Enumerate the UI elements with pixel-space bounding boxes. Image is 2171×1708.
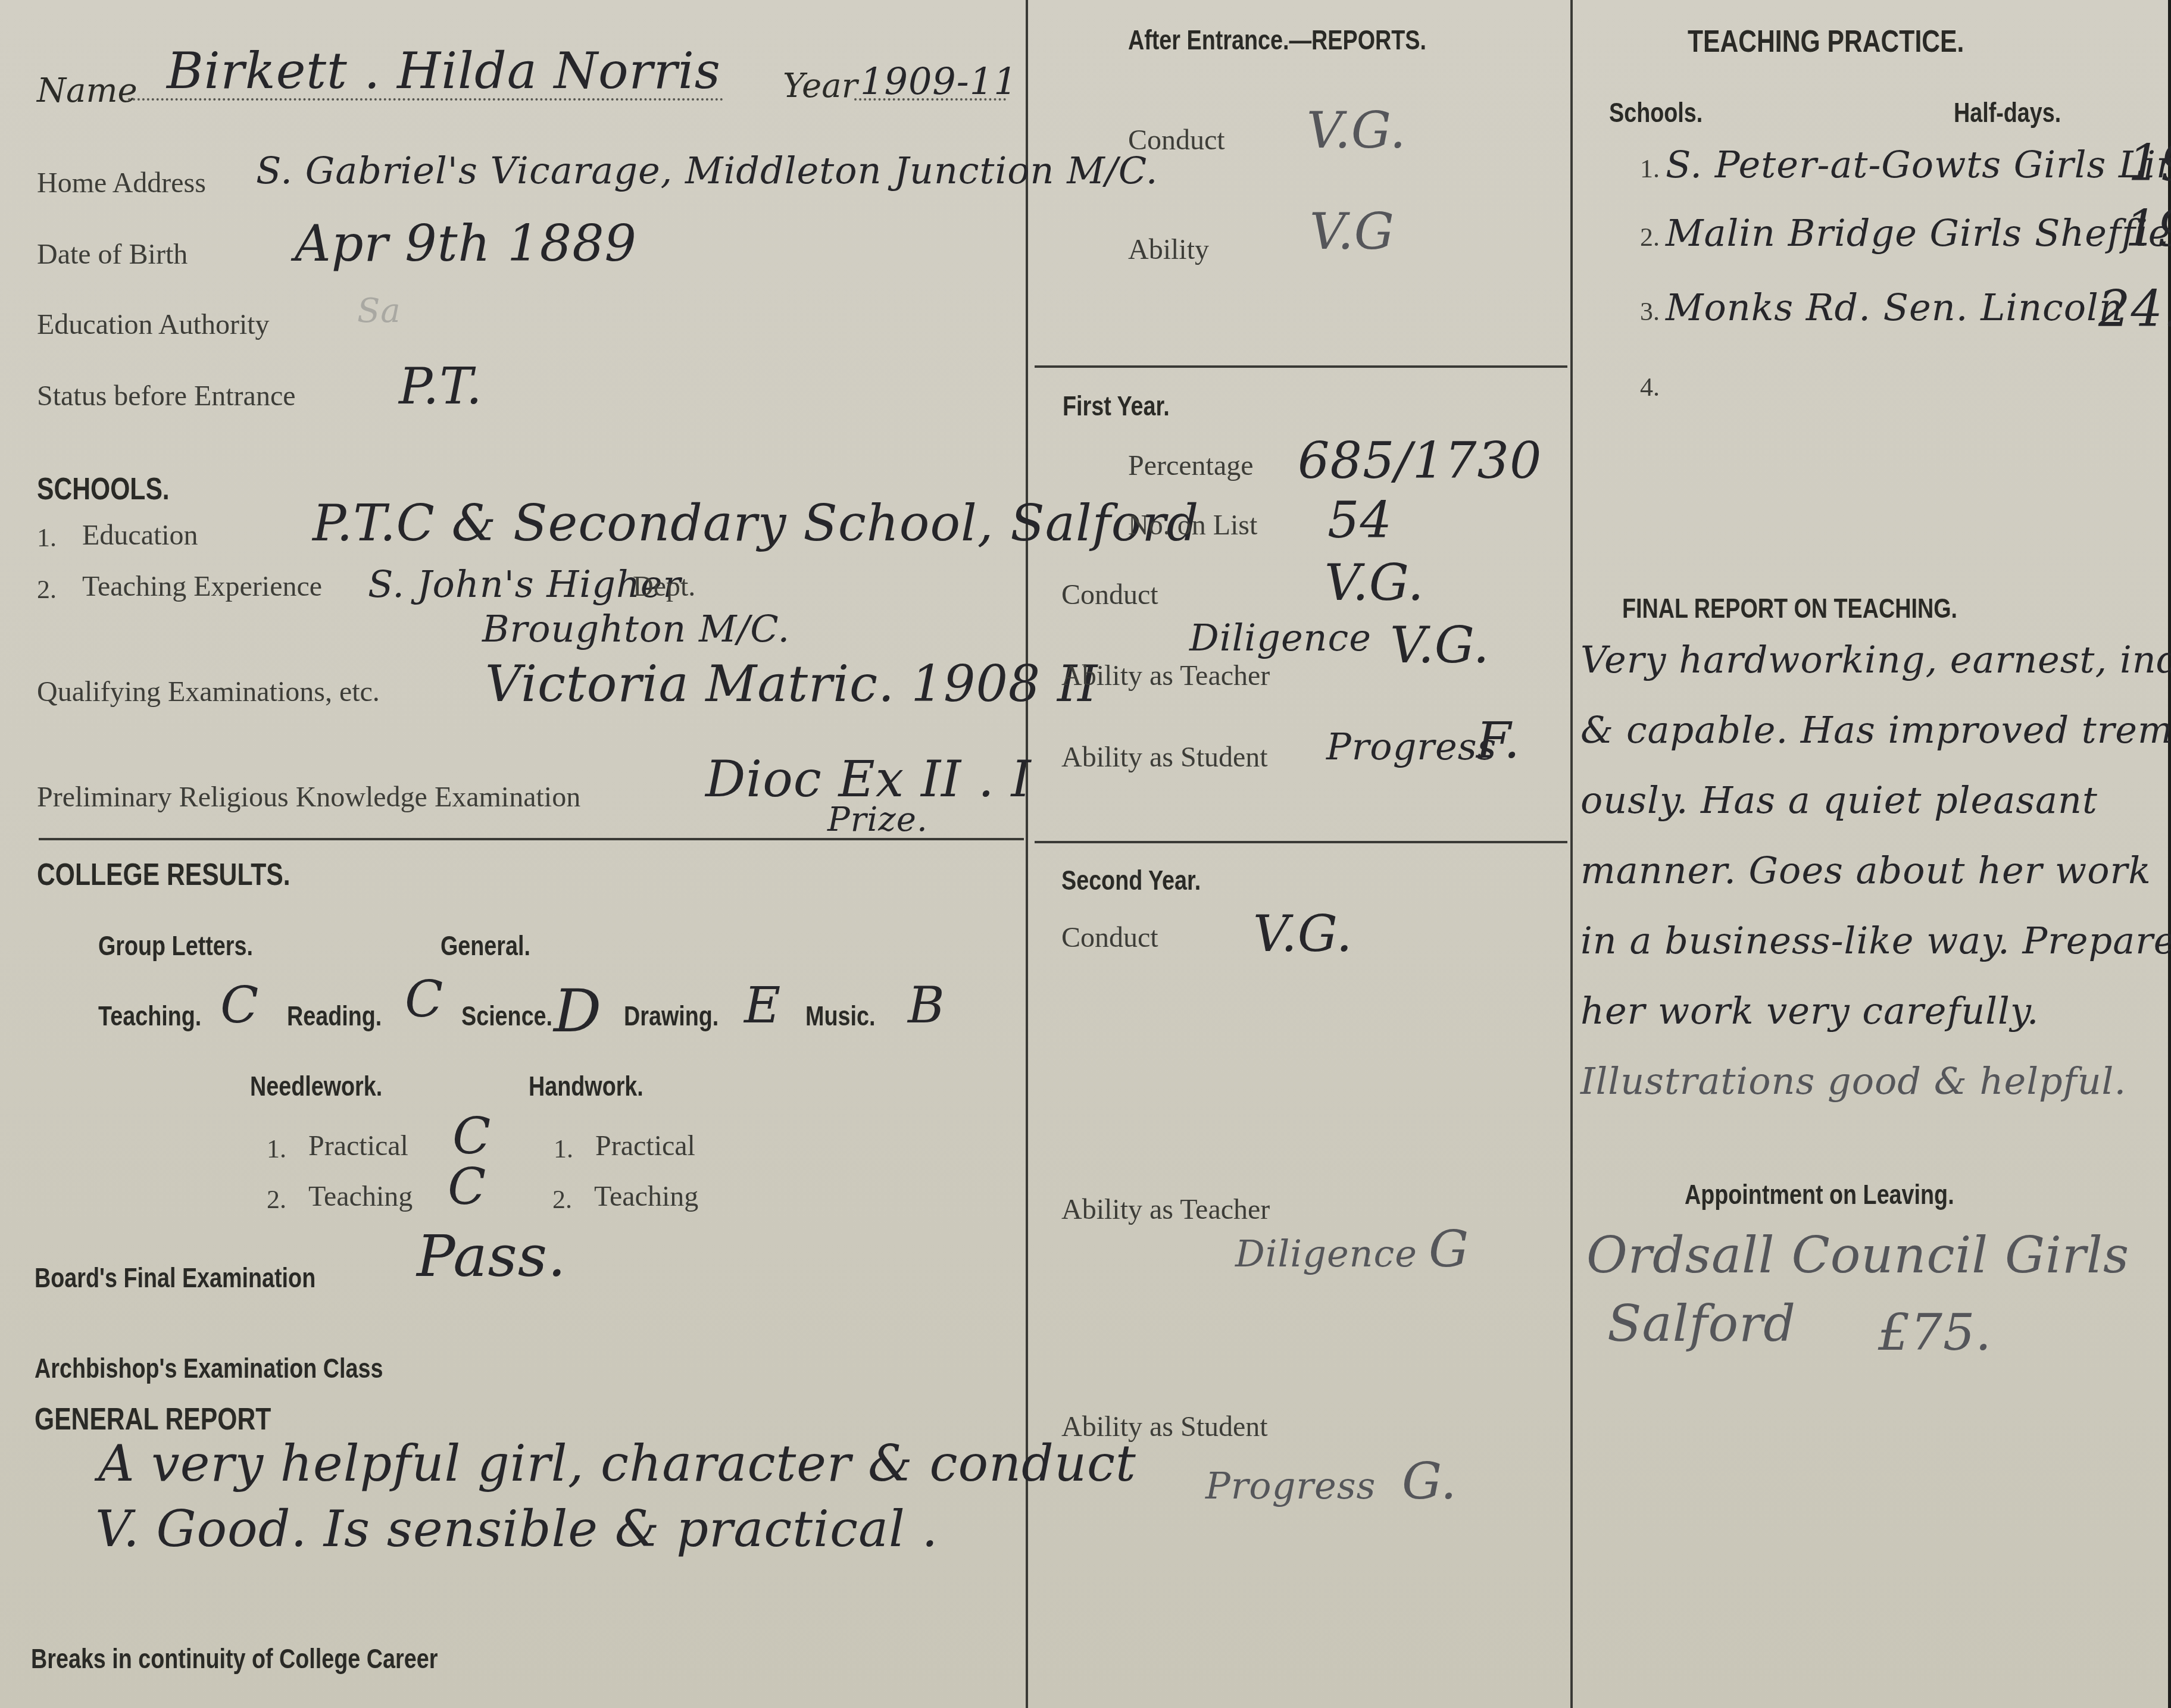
appointment-heading: Appointment on Leaving. bbox=[1685, 1178, 1954, 1210]
grade-science-label: Science. bbox=[461, 1000, 552, 1032]
college-results-heading: COLLEGE RESULTS. bbox=[37, 857, 290, 893]
after-ability-label: Ability bbox=[1128, 233, 1209, 266]
section-divider-mid-1 bbox=[1035, 365, 1567, 368]
practice-num: 3. bbox=[1640, 297, 1660, 326]
teaching-exp-label: Teaching Experience bbox=[82, 570, 322, 603]
dob-label: Date of Birth bbox=[37, 238, 188, 271]
qualifying-value: Victoria Matric. 1908 II bbox=[485, 655, 1098, 713]
second-conduct-value: V.G. bbox=[1253, 905, 1353, 963]
needlework-teaching-value: C bbox=[448, 1158, 486, 1216]
second-ability-student-value: G. bbox=[1402, 1452, 1457, 1510]
general-report-line-1: A very helpful girl, character & conduct bbox=[98, 1434, 1136, 1493]
year-label: Year bbox=[783, 67, 857, 105]
first-ability-student-label: Ability as Student bbox=[1061, 741, 1268, 774]
appointment-line-2: Salford bbox=[1607, 1294, 1796, 1353]
first-ability-teacher-note: Diligence bbox=[1189, 616, 1372, 659]
first-percentage-value: 685/1730 bbox=[1298, 431, 1542, 490]
practice-row-4: 4. bbox=[1640, 372, 1660, 402]
prelim-value: Dioc Ex II . I bbox=[705, 750, 1032, 808]
second-conduct-label: Conduct bbox=[1061, 921, 1158, 954]
teaching-exp-num: 2. bbox=[37, 574, 57, 605]
first-ability-teacher-label: Ability as Teacher bbox=[1061, 659, 1270, 692]
practice-num: 2. bbox=[1640, 223, 1660, 252]
reports-heading: After Entrance.—REPORTS. bbox=[1128, 24, 1426, 56]
needlework-teaching-num: 2. bbox=[267, 1184, 286, 1215]
halfdays-col-label: Half-days. bbox=[1954, 96, 2061, 129]
teaching-exp-dept: Dept. bbox=[633, 570, 695, 603]
grade-music-label: Music. bbox=[805, 1000, 875, 1032]
name-label: Name bbox=[37, 71, 138, 110]
final-report-line: & capable. Has improved tremend- bbox=[1580, 695, 2171, 765]
grade-music-value: B bbox=[908, 976, 945, 1034]
final-report-line: in a business-like way. Prepares bbox=[1580, 906, 2171, 976]
status-label: Status before Entrance bbox=[37, 380, 295, 412]
first-year-heading: First Year. bbox=[1063, 390, 1170, 422]
qualifying-label: Qualifying Examinations, etc. bbox=[37, 675, 380, 708]
record-card: Name Birkett . Hilda Norris Year 1909-11… bbox=[0, 0, 2168, 1708]
practice-school: S. Peter-at-Gowts Girls Lincoln bbox=[1666, 143, 2171, 186]
board-final-value: Pass. bbox=[417, 1223, 567, 1290]
schools-col-label: Schools. bbox=[1609, 96, 1703, 129]
practice-halfdays-3: 24. bbox=[2098, 280, 2171, 338]
practice-num: 4. bbox=[1640, 373, 1660, 402]
practice-row-3: 3. Monks Rd. Sen. Lincoln bbox=[1640, 286, 2123, 329]
general-report-line-2: V. Good. Is sensible & practical . bbox=[95, 1500, 938, 1558]
needlework-practical-num: 1. bbox=[267, 1134, 286, 1164]
handwork-practical-label: Practical bbox=[595, 1130, 695, 1162]
practice-halfdays-1: 19 bbox=[2128, 134, 2171, 192]
after-conduct-label: Conduct bbox=[1128, 124, 1225, 157]
handwork-practical-num: 1. bbox=[554, 1134, 573, 1164]
grade-drawing-label: Drawing. bbox=[624, 1000, 719, 1032]
education-authority-label: Education Authority bbox=[37, 308, 270, 341]
prelim-value-2: Prize. bbox=[827, 800, 928, 839]
handwork-teaching-num: 2. bbox=[552, 1184, 572, 1215]
final-report-line: her work very carefully. bbox=[1580, 976, 2171, 1046]
second-ability-student-note: Progress bbox=[1205, 1464, 1376, 1507]
needlework-teaching-label: Teaching bbox=[308, 1180, 413, 1213]
home-address-value: S. Gabriel's Vicarage, Middleton Junctio… bbox=[256, 149, 1158, 192]
dob-value: Apr 9th 1889 bbox=[295, 214, 637, 273]
archbishop-label: Archbishop's Examination Class bbox=[35, 1352, 383, 1384]
teaching-exp-value-2: Broughton M/C. bbox=[482, 607, 790, 650]
grade-drawing-value: E bbox=[744, 976, 781, 1034]
home-address-label: Home Address bbox=[37, 167, 206, 199]
first-ability-teacher-value: V.G. bbox=[1390, 616, 1490, 674]
teaching-practice-heading: TEACHING PRACTICE. bbox=[1688, 24, 1964, 60]
final-report-line: ously. Has a quiet pleasant bbox=[1580, 765, 2171, 836]
practice-row-2: 2. Malin Bridge Girls Sheffield bbox=[1640, 211, 2171, 255]
final-report-line: Illustrations good & helpful. bbox=[1580, 1046, 2171, 1116]
general-report-heading: GENERAL REPORT bbox=[35, 1402, 271, 1437]
education-label: Education bbox=[82, 519, 198, 552]
first-ability-student-note: Progress bbox=[1326, 725, 1497, 768]
education-num: 1. bbox=[37, 523, 57, 553]
education-value: P.T.C & Secondary School, Salford bbox=[313, 494, 1199, 552]
first-percentage-label: Percentage bbox=[1128, 449, 1254, 482]
name-value: Birkett . Hilda Norris bbox=[167, 42, 721, 100]
needlework-practical-label: Practical bbox=[308, 1130, 408, 1162]
after-conduct-value: V.G. bbox=[1307, 101, 1407, 159]
needlework-label: Needlework. bbox=[250, 1070, 382, 1102]
practice-row-1: 1. S. Peter-at-Gowts Girls Lincoln bbox=[1640, 143, 2171, 186]
grade-teaching-value: C bbox=[220, 976, 259, 1034]
after-ability-value: V.G bbox=[1310, 202, 1395, 261]
handwork-teaching-label: Teaching bbox=[594, 1180, 698, 1213]
practice-school: Malin Bridge Girls Sheffield bbox=[1666, 211, 2171, 255]
first-no-on-list-label: No. on List bbox=[1128, 509, 1257, 542]
status-value: P.T. bbox=[399, 357, 483, 415]
second-ability-teacher-label: Ability as Teacher bbox=[1061, 1193, 1270, 1226]
grade-science-value: D bbox=[554, 976, 602, 1046]
needlework-practical-value: C bbox=[452, 1107, 491, 1165]
column-divider-2 bbox=[1570, 0, 1573, 1708]
first-no-on-list-value: 54 bbox=[1327, 491, 1392, 549]
practice-halfdays-2: 19 bbox=[2125, 199, 2171, 258]
first-conduct-value: V.G. bbox=[1325, 553, 1425, 612]
breaks-label: Breaks in continuity of College Career bbox=[31, 1643, 438, 1675]
final-report-heading: FINAL REPORT ON TEACHING. bbox=[1622, 592, 1957, 624]
appointment-salary: £75. bbox=[1878, 1303, 1992, 1362]
practice-num: 1. bbox=[1640, 154, 1660, 183]
year-value: 1909-11 bbox=[860, 60, 1018, 103]
schools-heading: SCHOOLS. bbox=[37, 471, 170, 507]
group-letters-label: Group Letters. bbox=[98, 930, 253, 962]
appointment-line-1: Ordsall Council Girls bbox=[1586, 1226, 2129, 1284]
first-ability-student-value: F. bbox=[1476, 711, 1520, 769]
final-report-line: manner. Goes about her work bbox=[1580, 836, 2171, 906]
board-final-label: Board's Final Examination bbox=[35, 1262, 316, 1294]
education-authority-value: Sa bbox=[357, 292, 401, 330]
grade-reading-label: Reading. bbox=[287, 1000, 382, 1032]
final-report-text: Very hardworking, earnest, industrious &… bbox=[1580, 625, 2171, 1116]
prelim-label: Preliminary Religious Knowledge Examinat… bbox=[37, 781, 580, 814]
second-ability-teacher-note: Diligence bbox=[1235, 1232, 1417, 1275]
section-divider-mid-2 bbox=[1035, 841, 1567, 843]
practice-school: Monks Rd. Sen. Lincoln bbox=[1666, 286, 2123, 329]
first-conduct-label: Conduct bbox=[1061, 578, 1158, 611]
final-report-line: Very hardworking, earnest, industrious bbox=[1580, 625, 2171, 695]
second-ability-teacher-value: G bbox=[1429, 1220, 1469, 1278]
general-label: General. bbox=[441, 930, 530, 962]
second-year-heading: Second Year. bbox=[1061, 864, 1201, 896]
second-ability-student-label: Ability as Student bbox=[1061, 1410, 1268, 1443]
grade-teaching-label: Teaching. bbox=[98, 1000, 201, 1032]
handwork-label: Handwork. bbox=[529, 1070, 644, 1102]
grade-reading-value: C bbox=[405, 970, 443, 1028]
